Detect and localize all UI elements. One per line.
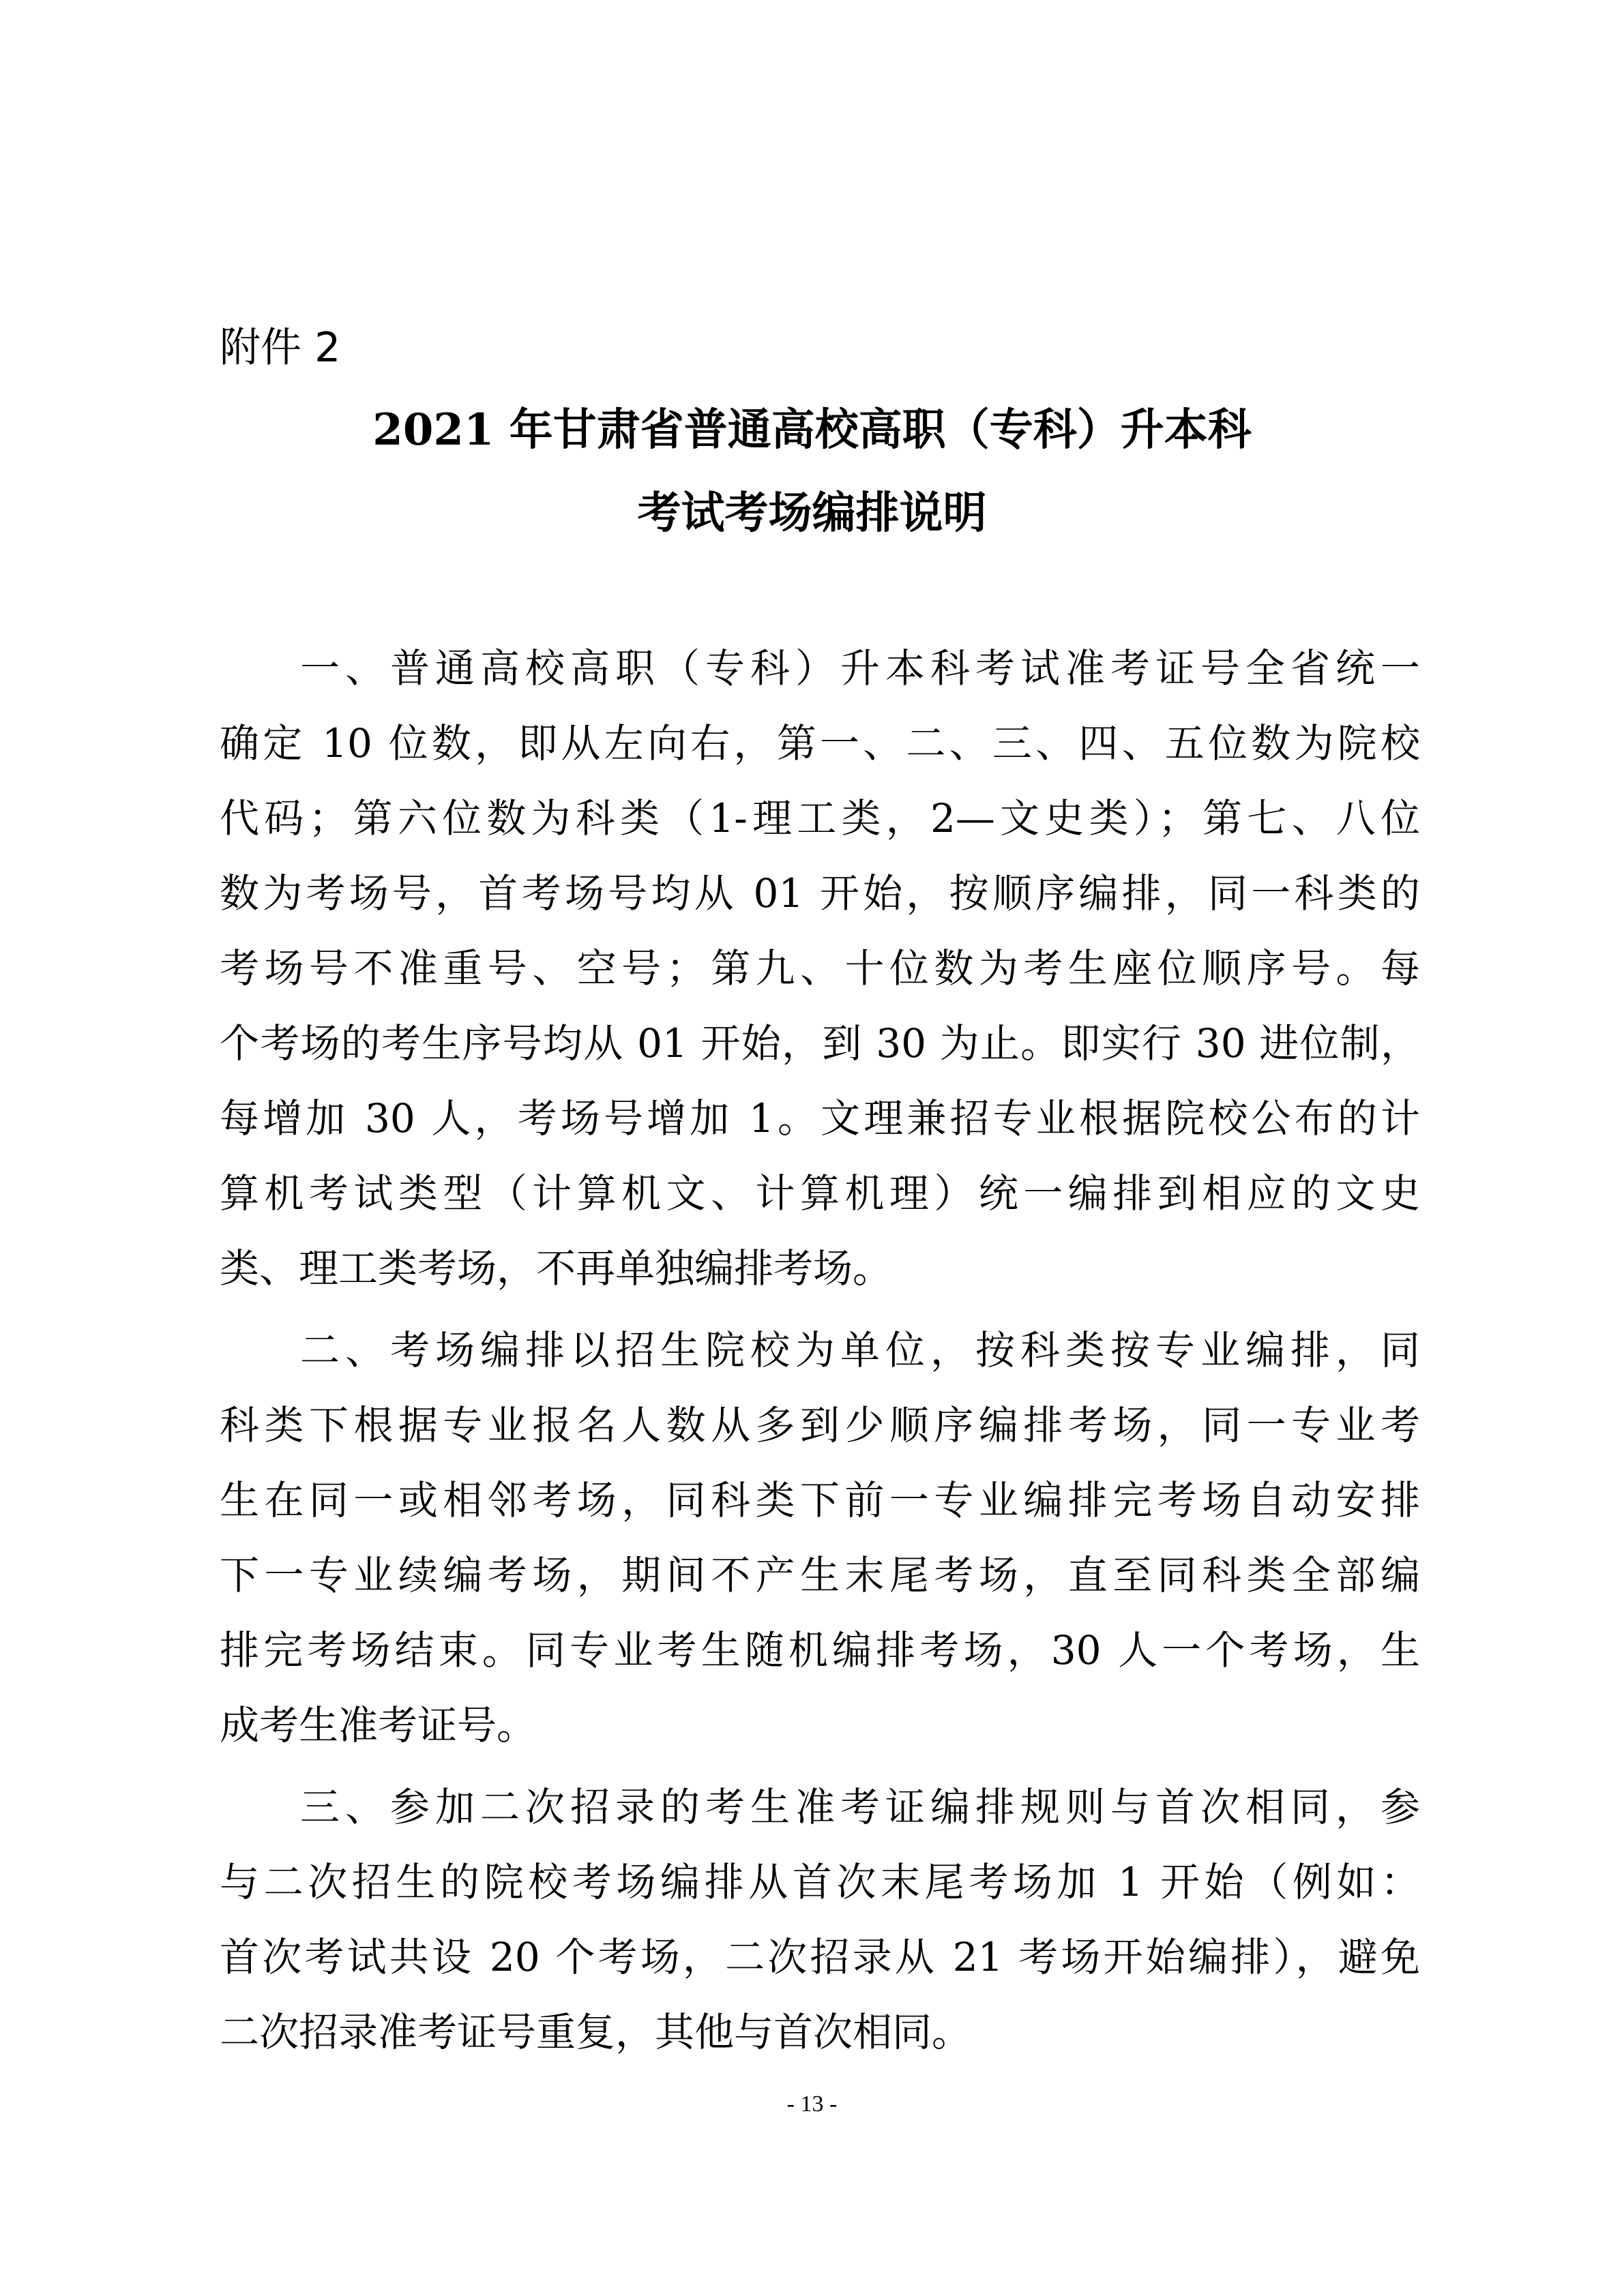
attachment-label: 附件 2: [220, 320, 340, 375]
paragraph-line: 确定 10 位数，即从左向右，第一、二、三、四、五位数为院校: [220, 716, 1420, 771]
paragraph-line: 算机考试类型（计算机文、计算机理）统一编排到相应的文史: [220, 1166, 1420, 1221]
paragraph-line: 类、理工类考场，不再单独编排考场。: [220, 1241, 1420, 1296]
paragraph-line: 科类下根据专业报名人数从多到少顺序编排考场，同一专业考: [220, 1398, 1420, 1452]
paragraph-line: 每增加 30 人，考场号增加 1。文理兼招专业根据院校公布的计: [220, 1091, 1420, 1146]
paragraph-line: 下一专业续编考场，期间不产生末尾考场，直至同科类全部编: [220, 1548, 1420, 1602]
paragraph-line: 考场号不准重号、空号；第九、十位数为考生座位顺序号。每: [220, 941, 1420, 996]
paragraph-line: 生在同一或相邻考场，同科类下前一专业编排完考场自动安排: [220, 1473, 1420, 1527]
paragraph-line: 个考场的考生序号均从 01 开始，到 30 为止。即实行 30 进位制，: [220, 1016, 1420, 1071]
paragraph-line: 二次招录准考证号重复，其他与首次相同。: [220, 2005, 1420, 2059]
page-number: - 13 -: [0, 2091, 1624, 2118]
paragraph-line: 成考生准考证号。: [220, 1698, 1420, 1753]
document-page: 附件 2 2021 年甘肃省普通高校高职（专科）升本科 考试考场编排说明 一、普…: [0, 0, 1624, 2296]
paragraph-line: 二、考场编排以招生院校为单位，按科类按专业编排，同: [300, 1323, 1420, 1377]
paragraph-line: 数为考场号，首考场号均从 01 开始，按顺序编排，同一科类的: [220, 866, 1420, 921]
document-title-line-1: 2021 年甘肃省普通高校高职（专科）升本科: [0, 400, 1624, 461]
paragraph-line: 代码；第六位数为科类（1-理工类，2—文史类）；第七、八位: [220, 791, 1420, 846]
document-title-line-2: 考试考场编排说明: [0, 483, 1624, 544]
paragraph-line: 首次考试共设 20 个考场，二次招录从 21 考场开始编排），避免: [220, 1930, 1420, 1984]
paragraph-line: 排完考场结束。同专业考生随机编排考场，30 人一个考场，生: [220, 1623, 1420, 1678]
paragraph-line: 三、参加二次招录的考生准考证编排规则与首次相同，参: [300, 1780, 1420, 1834]
paragraph-line: 一、普通高校高职（专科）升本科考试准考证号全省统一: [300, 641, 1420, 696]
paragraph-line: 与二次招生的院校考场编排从首次末尾考场加 1 开始（例如：: [220, 1855, 1420, 1909]
